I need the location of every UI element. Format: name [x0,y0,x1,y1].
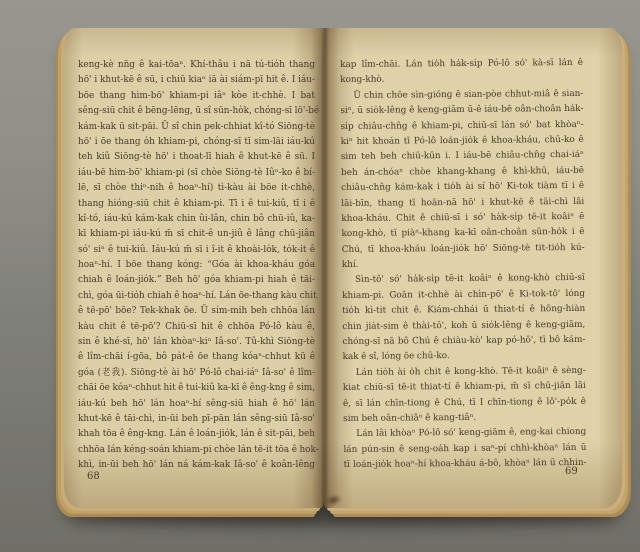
text-line: teh kiû Siōng-tè hō' i thoat-lī hiah ê k… [78,150,315,165]
text-line: chóng-sī nā bô Chú ê chiàu-kò' kap pó-hō… [342,333,585,351]
open-book-photo: keng-kè nn̄g ê kai-tōaⁿ. Khí-thâu i nā t… [0,0,640,552]
text-line: sêng-siū chit ê bēng-lēng, ū sî sūn-ho̍k… [78,104,315,119]
text-line: Chú, tī khoa-kháu loán-jio̍k hō' Siōng-t… [342,241,585,259]
text-line: iáu-kú beh hō' lán hoaⁿ-hí sêng-siū hiah… [78,397,315,412]
text-line: thang hióng-siū chit ê khiam-pi. Tī i ê … [78,197,315,212]
text-line: lē, sī chòe thiⁿ-nih ê hoaⁿ-hí) tì-kàu à… [78,181,315,196]
text-line: keng-kè nn̄g ê kai-tōaⁿ. Khí-thâu i nā t… [78,58,315,73]
text-line: khì, in-ūi beh hō' lán ná kám-kak Iâ-so'… [78,458,315,473]
text-line: ê lîm-chāi í-gōa, bô pa̍t-ê ōe thang kóa… [78,350,315,365]
text-line: kī khiam-pi iáu-kú m̄ sī chit-ê un-jiû ê… [78,227,315,242]
text-line: kî-tó, iáu-kú kám-kak chin ûi-lân, chin … [78,212,315,227]
text-line: chiah ê loán-jio̍k.” Beh hō' góa khiam-p… [78,273,315,288]
book: keng-kè nn̄g ê kai-tōaⁿ. Khí-thâu i nā t… [64,28,622,522]
text-line: chhōa lán kéng-soán khiam-pi chòe lán tē… [78,443,315,458]
text-line: hō' i ōe thang o̍h khiam-pi, chóng-sī tī… [78,135,315,150]
text-line: kong-khò, tī piàⁿ-khang ka-kī oân-choân … [341,225,584,243]
text-line: góa (老我). Siōng-tè ài hō' Pó-lô chai-iáⁿ… [78,366,315,381]
text-line: kám-kak ū sit-pāi. Ū sî chin pek-chhiat … [78,120,315,135]
text-line: sin ê khé-sī, hō' lán khòaⁿ-kiⁿ Iâ-so'. … [78,335,315,350]
text-line: chāi ōe kóaⁿ-chhut hit ê tui-kiû ka-kī ê… [78,381,315,396]
page-number-right: 69 [565,466,578,477]
text-line: Lán lâi khòaⁿ Pó-lô só' keng-giām ê, eng… [343,425,586,443]
text-line: hō' i khut-kē ê sū, i chiū kiaⁿ iā ài si… [78,73,315,88]
text-line: ê tē-pō' bōe? Tek-khak ōe. Ū sím-mih beh… [78,304,315,319]
text-line: tio̍h kì-tit chit ê. Kiám-chhái ū thiat-… [342,302,585,320]
text-line: sim teh beh chiū-kūn i. I iáu-bē chiâu-c… [341,148,584,166]
text-line: hoaⁿ-hí. I bōe thang kóng: “Góa ài khoa-… [78,258,315,273]
text-line: kiat chiū-sī tē-it thiat-tí ê khiam-pi, … [343,379,586,397]
text-line: siⁿ, ū sio̍k-lêng ê keng-giām ū-ê iáu-bē… [340,102,583,120]
text-line: kap lîm-chāi. Lán tio̍h ha̍k-si̍p Pó-lô … [340,56,583,74]
page-number-left: 68 [87,471,100,482]
text-line: tī loán-jio̍k hoaⁿ-hí khoa-kháu á-bô, kh… [343,456,586,474]
page-69-text: kap lîm-chāi. Lán tio̍h ha̍k-si̍p Pó-lô … [340,56,587,474]
page-68-text: keng-kè nn̄g ê kai-tōaⁿ. Khí-thâu i nā t… [78,58,315,474]
text-line: kàu chit ê tē-pō'? Chiū-sī hit ê chhōa P… [78,320,315,335]
text-line: só' siⁿ ê tui-kiû. Iáu-kú m̄ sī i î-it ê… [78,243,315,258]
text-line: khut-kē ê tāi-chì, in-ūi beh pī-pān lán … [78,412,315,427]
text-line: iáu-bē him-bō' khiam-pi (sī chòe Siōng-t… [78,166,315,181]
text-line: bōe thang him-bō' khiam-pi iâⁿ kòe it-ch… [78,89,315,104]
text-line: chì, góa ūi-tio̍h chiah ê hoaⁿ-hí. Lán ō… [78,289,315,304]
text-line: khah tōa ê êng-kng. Lán ê loán-jio̍k, lá… [78,427,315,442]
text-line: chiâu-chn̂g kám-kak i tio̍h ài sí hō' Ki… [341,179,584,197]
text-line: ê, sī lán chīn-tiong ê Chú, tī I chīn-ti… [343,394,586,412]
